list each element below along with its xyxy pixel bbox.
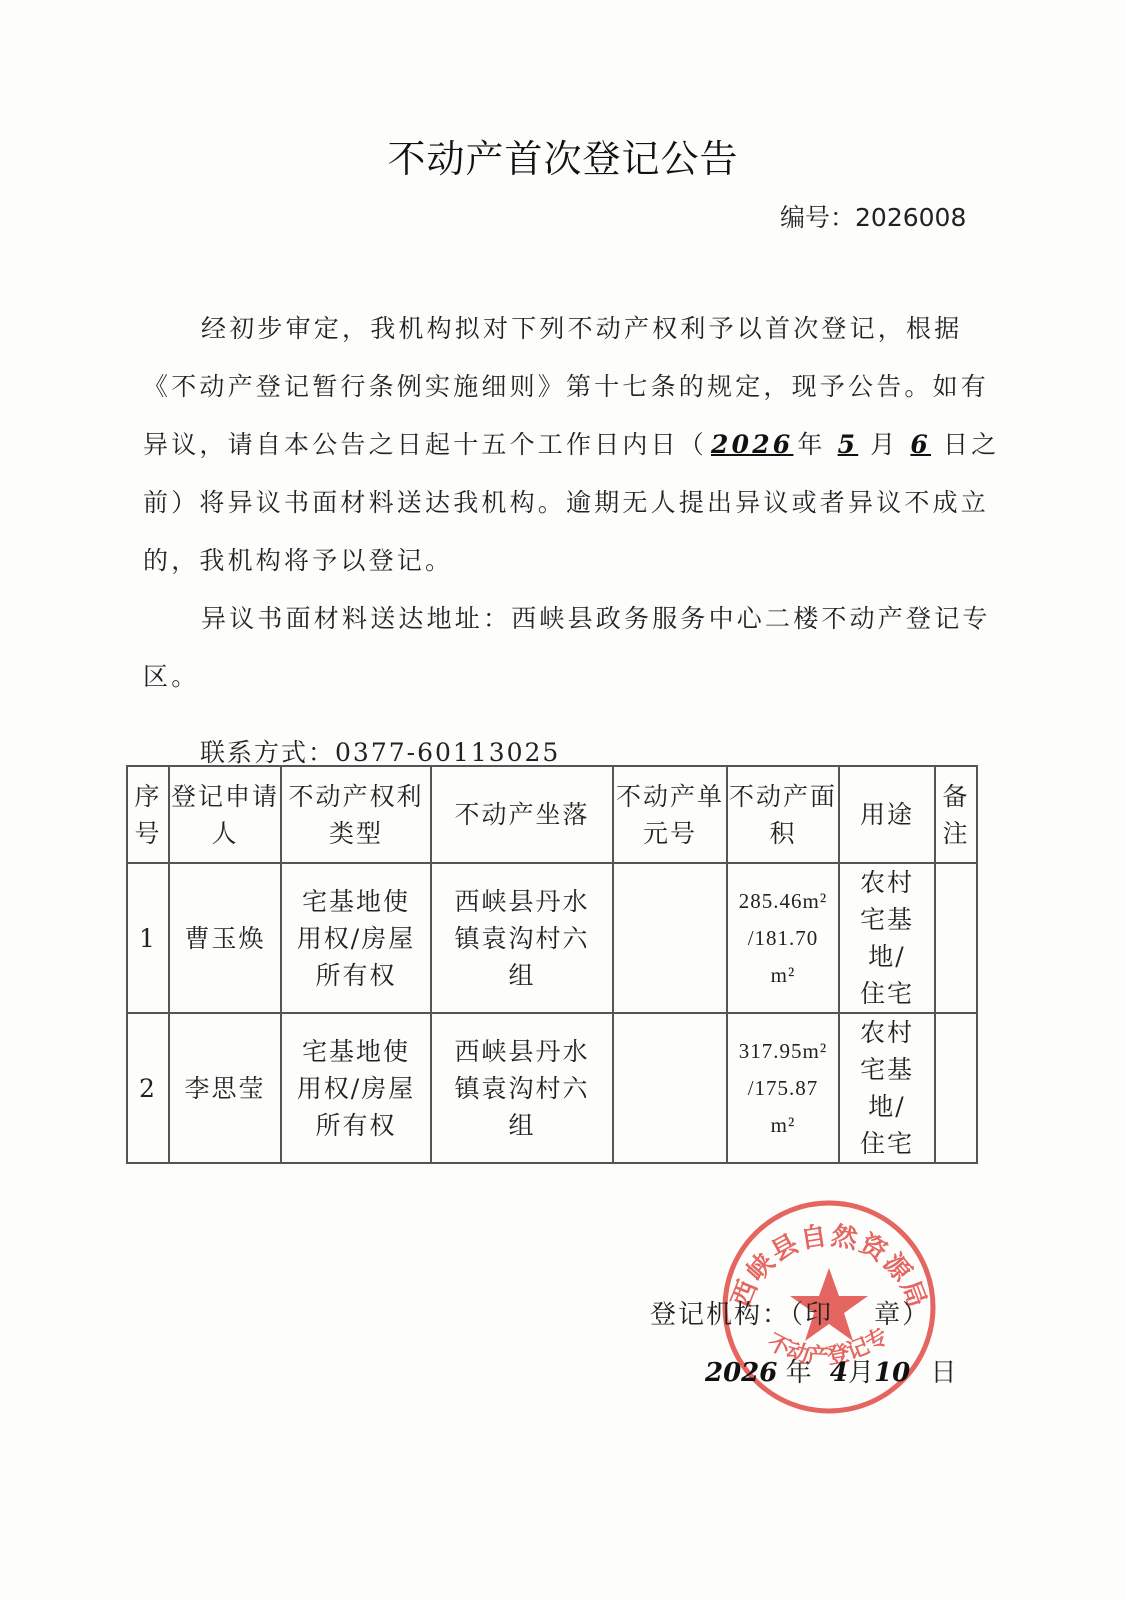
cell-unit-no: [613, 1013, 727, 1163]
page-title: 不动产首次登记公告: [0, 128, 1126, 183]
cell-location: 西峡县丹水镇袁沟村六组: [431, 1013, 613, 1163]
address-paragraph: 异议书面材料送达地址：西峡县政务服务中心二楼不动产登记专区。: [143, 590, 1003, 706]
sign-day: 10: [874, 1358, 910, 1388]
cell-applicant: 曹玉焕: [169, 863, 281, 1013]
contact-phone: 0377-60113025: [335, 738, 560, 767]
cell-location: 西峡县丹水镇袁沟村六组: [431, 863, 613, 1013]
cell-remark: [935, 863, 977, 1013]
sign-year: 2026: [705, 1358, 777, 1388]
contact-label: 联系方式：: [200, 738, 335, 767]
table-row: 2 李思莹 宅基地使用权/房屋所有权 西峡县丹水镇袁沟村六组 317.95m² …: [127, 1013, 977, 1163]
header-usage: 用途: [839, 766, 935, 863]
area-line-1: 317.95m²: [728, 1033, 838, 1070]
area-line-2: /181.70: [728, 920, 838, 957]
cell-usage: 农村宅基地/住宅: [839, 1013, 935, 1163]
cell-no: 1: [127, 863, 169, 1013]
cell-no: 2: [127, 1013, 169, 1163]
day-char: 日: [943, 430, 971, 459]
document-number: 编号：2026008: [780, 198, 966, 234]
cell-area: 285.46m² /181.70 m²: [727, 863, 839, 1013]
deadline-year: 2026: [707, 430, 797, 459]
area-line-3: m²: [728, 1107, 838, 1144]
notice-body: 经初步审定，我机构拟对下列不动产权利予以首次登记，根据《不动产登记暂行条例实施细…: [143, 300, 1003, 590]
notice-paragraph: 经初步审定，我机构拟对下列不动产权利予以首次登记，根据《不动产登记暂行条例实施细…: [143, 300, 1003, 706]
cell-applicant: 李思莹: [169, 1013, 281, 1163]
area-line-3: m²: [728, 957, 838, 994]
header-unit-no: 不动产单元号: [613, 766, 727, 863]
registration-authority: 登记机构：（印 章）: [650, 1294, 930, 1331]
header-right-type: 不动产权利类型: [281, 766, 431, 863]
area-line-2: /175.87: [728, 1070, 838, 1107]
deadline-month: 5: [826, 430, 871, 459]
sign-month-char: 月: [848, 1358, 874, 1388]
area-line-1: 285.46m²: [728, 883, 838, 920]
cell-right-type: 宅基地使用权/房屋所有权: [281, 1013, 431, 1163]
document-number-label: 编号：: [780, 203, 855, 232]
header-no: 序号: [127, 766, 169, 863]
deadline-day: 6: [898, 430, 943, 459]
document-number-value: 2026008: [855, 203, 966, 232]
header-remark: 备注: [935, 766, 977, 863]
contact-info: 联系方式：0377-60113025: [200, 733, 560, 769]
table-row: 1 曹玉焕 宅基地使用权/房屋所有权 西峡县丹水镇袁沟村六组 285.46m² …: [127, 863, 977, 1013]
header-location: 不动产坐落: [431, 766, 613, 863]
cell-right-type: 宅基地使用权/房屋所有权: [281, 863, 431, 1013]
header-applicant: 登记申请人: [169, 766, 281, 863]
table-header-row: 序号 登记申请人 不动产权利类型 不动产坐落 不动产单元号 不动产面积 用途 备…: [127, 766, 977, 863]
seal-placeholder: （印 章）: [790, 1300, 930, 1330]
sign-year-char: 年: [786, 1358, 812, 1388]
year-char: 年: [797, 430, 825, 459]
sign-month: 4: [830, 1358, 848, 1388]
cell-area: 317.95m² /175.87 m²: [727, 1013, 839, 1163]
authority-label: 登记机构：: [650, 1300, 790, 1330]
cell-unit-no: [613, 863, 727, 1013]
header-area: 不动产面积: [727, 766, 839, 863]
cell-usage: 农村宅基地/住宅: [839, 863, 935, 1013]
registration-table: 序号 登记申请人 不动产权利类型 不动产坐落 不动产单元号 不动产面积 用途 备…: [126, 765, 978, 1164]
sign-day-char: 日: [930, 1358, 956, 1388]
cell-remark: [935, 1013, 977, 1163]
signature-date: 2026 年 4月10 日: [705, 1352, 957, 1389]
month-char: 月: [870, 430, 898, 459]
